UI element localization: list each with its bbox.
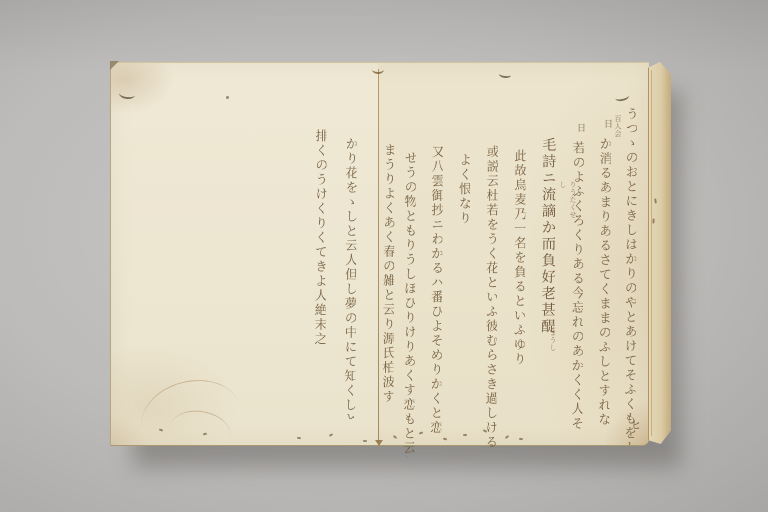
text-column-r7: よく恨なり (457, 153, 470, 226)
fore-edge-line (651, 70, 652, 436)
column-header-r2: 日 (601, 119, 614, 128)
gutter-notch-mark (372, 65, 384, 74)
text-column-l2: 排くのうけくりくてきよ人絶末之 (312, 129, 326, 347)
ink-fleck (419, 431, 423, 434)
left-page (111, 63, 378, 445)
page-gutter (378, 69, 379, 442)
corner-ink-mark: ヒ (627, 419, 643, 430)
text-column-r2: か消るあまりあるさてくままのふしとすれな (596, 137, 611, 427)
ink-fleck (393, 435, 397, 439)
gutter-tip-mark (375, 440, 383, 446)
text-column-r1: うつゝのおとにきしはかりのやとあけてそふくもをかな (622, 107, 637, 445)
text-column-r8: 又八雲御抄ニわかるハ番ひよそめりかくと恋 (428, 145, 443, 435)
ink-fleck (463, 434, 467, 436)
interlinear-gloss-r4a: りうたくせし (558, 181, 578, 223)
ink-fleck (363, 440, 367, 442)
edge-tick-mark (652, 218, 654, 223)
column-header-r3: 日 (574, 123, 587, 132)
ink-fleck (443, 438, 447, 441)
ink-fleck (519, 438, 523, 441)
text-column-r4: 毛詩ニ流謫か而負好老甚醍 (539, 137, 555, 335)
interlinear-gloss-r1: 百人会 (613, 115, 623, 138)
text-column-r10: まうりよくあく春の雑と云り源氏柏波す (380, 143, 394, 404)
text-column-r5: 此故烏麦乃一名を負るといふゆり (511, 149, 525, 367)
text-column-r9: せうの物ともりうしほひりけりあくす恋もと云り (401, 151, 416, 457)
interlinear-gloss-r4b: まうし (548, 329, 558, 352)
open-pages: うつゝのおとにきしはかりのやとあけてそふくもをかな 百人会 日 か消るあまりある… (110, 62, 649, 446)
photo-background: うつゝのおとにきしはかりのやとあけてそふくもをかな 百人会 日 か消るあまりある… (0, 0, 768, 512)
manuscript-book: うつゝのおとにきしはかりのやとあけてそふくもをかな 百人会 日 か消るあまりある… (110, 62, 670, 444)
ink-squiggle (499, 70, 512, 78)
text-column-l1: かり花をゝしと云人但し夢の中にて知くしとそ (342, 137, 356, 419)
ink-fleck (297, 437, 301, 440)
ink-fleck (505, 435, 509, 439)
text-column-r6: 或説云杜若をうく花といふ彼むらさき過しける (483, 145, 498, 450)
ink-fleck (226, 96, 229, 99)
ink-squiggle (614, 92, 629, 103)
